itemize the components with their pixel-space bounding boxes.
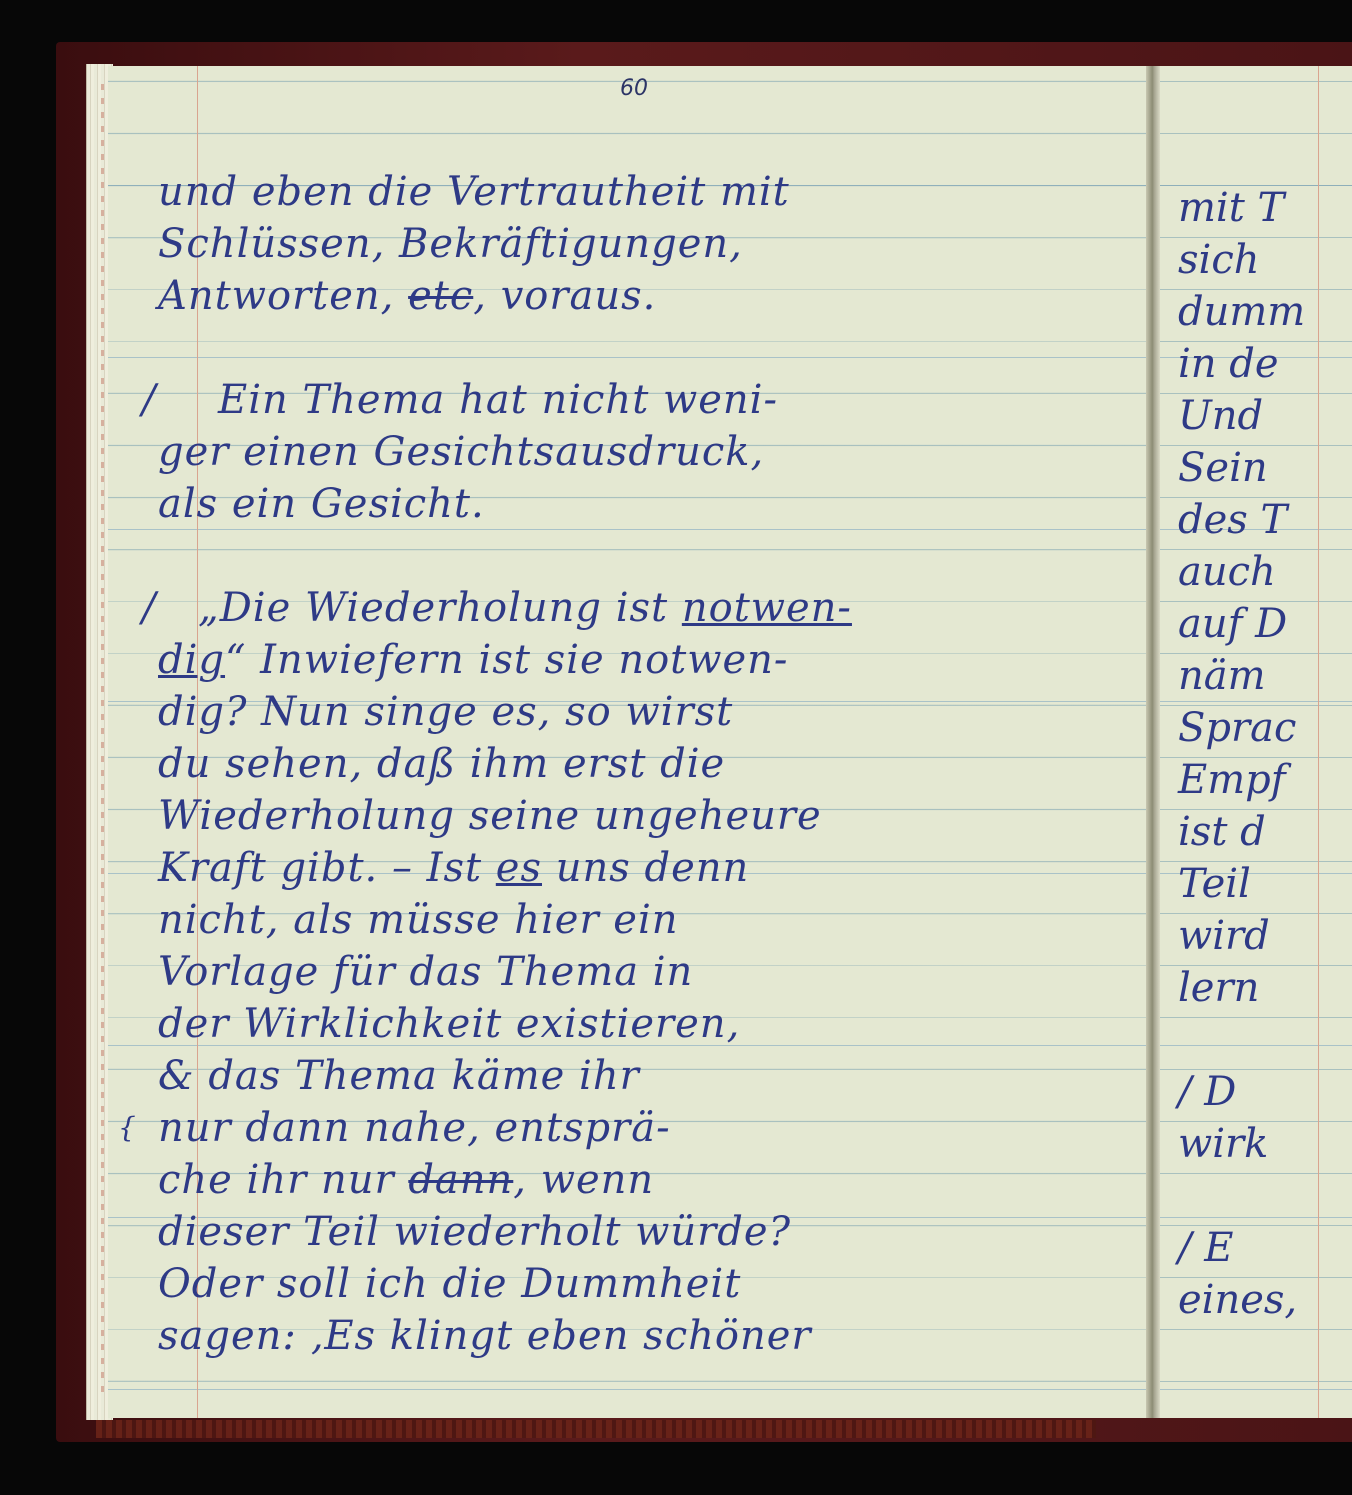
text-line: du sehen, daß ihm erst die xyxy=(158,738,1128,790)
text-line: Und xyxy=(1178,390,1305,442)
text-line: nicht, als müsse hier ein xyxy=(158,894,1128,946)
underlined-text: notwen- xyxy=(682,585,852,631)
cover-edge xyxy=(96,1420,1096,1438)
text-line: {nur dann nahe, entsprä- xyxy=(158,1102,1128,1154)
line-text: „Die Wiederholung ist xyxy=(158,585,682,631)
margin-line xyxy=(1318,66,1319,1418)
book-gutter xyxy=(1146,66,1160,1418)
blank-line xyxy=(158,322,1128,374)
paragraph-mark: / xyxy=(142,374,156,426)
margin-brace: { xyxy=(118,1102,137,1154)
text-line: /„Die Wiederholung ist notwen- xyxy=(158,582,1128,634)
text-line: sich xyxy=(1178,234,1305,286)
line-text: uns denn xyxy=(542,845,749,891)
text-line: dumm xyxy=(1178,286,1305,338)
text-line: der Wirklichkeit existieren, xyxy=(158,998,1128,1050)
text-line: lern xyxy=(1178,962,1305,1014)
line-text: & das Thema käme ihr xyxy=(158,1053,640,1099)
line-text: und eben die Vertrautheit mit xyxy=(158,169,790,215)
text-line: dig“ Inwiefern ist sie notwen- xyxy=(158,634,1128,686)
line-text: Vorlage für das Thema in xyxy=(158,949,693,995)
text-line: Empf xyxy=(1178,754,1305,806)
struck-text: etc xyxy=(408,273,473,319)
line-text: sagen: ‚Es klingt eben schöner xyxy=(158,1313,812,1359)
text-line: wirk xyxy=(1178,1118,1305,1170)
text-line: auch xyxy=(1178,546,1305,598)
left-page: 60 und eben die Vertrautheit mit Schlüss… xyxy=(108,66,1149,1418)
handwritten-text-fragment: mit T sich dumm in de Und Sein des T auc… xyxy=(1178,182,1305,1326)
line-text: “ Inwiefern ist sie notwen- xyxy=(225,637,788,683)
text-line: Wiederholung seine ungeheure xyxy=(158,790,1128,842)
line-text: der Wirklichkeit existieren, xyxy=(158,1001,740,1047)
line-text: nur dann nahe, entsprä- xyxy=(158,1105,671,1151)
text-line: / E xyxy=(1178,1222,1305,1274)
text-line: wird xyxy=(1178,910,1305,962)
right-page: mit T sich dumm in de Und Sein des T auc… xyxy=(1160,66,1352,1418)
underlined-text: es xyxy=(496,845,542,891)
text-line: / D xyxy=(1178,1066,1305,1118)
text-line: Sein xyxy=(1178,442,1305,494)
line-text: nicht, als müsse hier ein xyxy=(158,897,679,943)
text-line: ist d xyxy=(1178,806,1305,858)
line-text: dieser Teil wiederholt würde? xyxy=(158,1209,791,1255)
text-line: Antworten, etc, voraus. xyxy=(158,270,1128,322)
text-line: näm xyxy=(1178,650,1305,702)
text-line: Teil xyxy=(1178,858,1305,910)
line-text: che ihr nur xyxy=(158,1157,408,1203)
line-text: Schlüssen, Bekräftigungen, xyxy=(158,221,743,267)
line-text: Ein Thema hat nicht weni- xyxy=(158,377,778,423)
text-line: dieser Teil wiederholt würde? xyxy=(158,1206,1128,1258)
line-text: Kraft gibt. – Ist xyxy=(158,845,496,891)
line-text: Oder soll ich die Dummheit xyxy=(158,1261,741,1307)
page-number: 60 xyxy=(620,76,648,101)
text-line: Oder soll ich die Dummheit xyxy=(158,1258,1128,1310)
struck-text: dann xyxy=(408,1157,513,1203)
text-line: Kraft gibt. – Ist es uns denn xyxy=(158,842,1128,894)
text-line: dig? Nun singe es, so wirst xyxy=(158,686,1128,738)
handwritten-text: und eben die Vertrautheit mit Schlüssen,… xyxy=(158,166,1128,1362)
line-text: dig? Nun singe es, so wirst xyxy=(158,689,733,735)
line-text: Antworten, xyxy=(158,273,408,319)
text-line: ger einen Gesichtsausdruck, xyxy=(158,426,1128,478)
line-text: , wenn xyxy=(513,1157,654,1203)
text-line: eines, xyxy=(1178,1274,1305,1326)
text-line: che ihr nur dann, wenn xyxy=(158,1154,1128,1206)
text-line: des T xyxy=(1178,494,1305,546)
line-text: du sehen, daß ihm erst die xyxy=(158,741,725,787)
text-line: /Ein Thema hat nicht weni- xyxy=(158,374,1128,426)
text-line: in de xyxy=(1178,338,1305,390)
text-line: Schlüssen, Bekräftigungen, xyxy=(158,218,1128,270)
text-line: Vorlage für das Thema in xyxy=(158,946,1128,998)
text-line: mit T xyxy=(1178,182,1305,234)
text-line: & das Thema käme ihr xyxy=(158,1050,1128,1102)
underlined-text: dig xyxy=(158,637,225,683)
paragraph-mark: / xyxy=(142,582,156,634)
line-text: ger einen Gesichtsausdruck, xyxy=(158,429,764,475)
text-line: als ein Gesicht. xyxy=(158,478,1128,530)
text-line: sagen: ‚Es klingt eben schöner xyxy=(158,1310,1128,1362)
line-text: als ein Gesicht. xyxy=(158,481,485,527)
text-line: Sprac xyxy=(1178,702,1305,754)
blank-line xyxy=(1178,1014,1305,1066)
blank-line xyxy=(1178,1170,1305,1222)
text-line: auf D xyxy=(1178,598,1305,650)
blank-line xyxy=(158,530,1128,582)
line-text: , voraus. xyxy=(473,273,656,319)
line-text: Wiederholung seine ungeheure xyxy=(158,793,822,839)
text-line: und eben die Vertrautheit mit xyxy=(158,166,1128,218)
